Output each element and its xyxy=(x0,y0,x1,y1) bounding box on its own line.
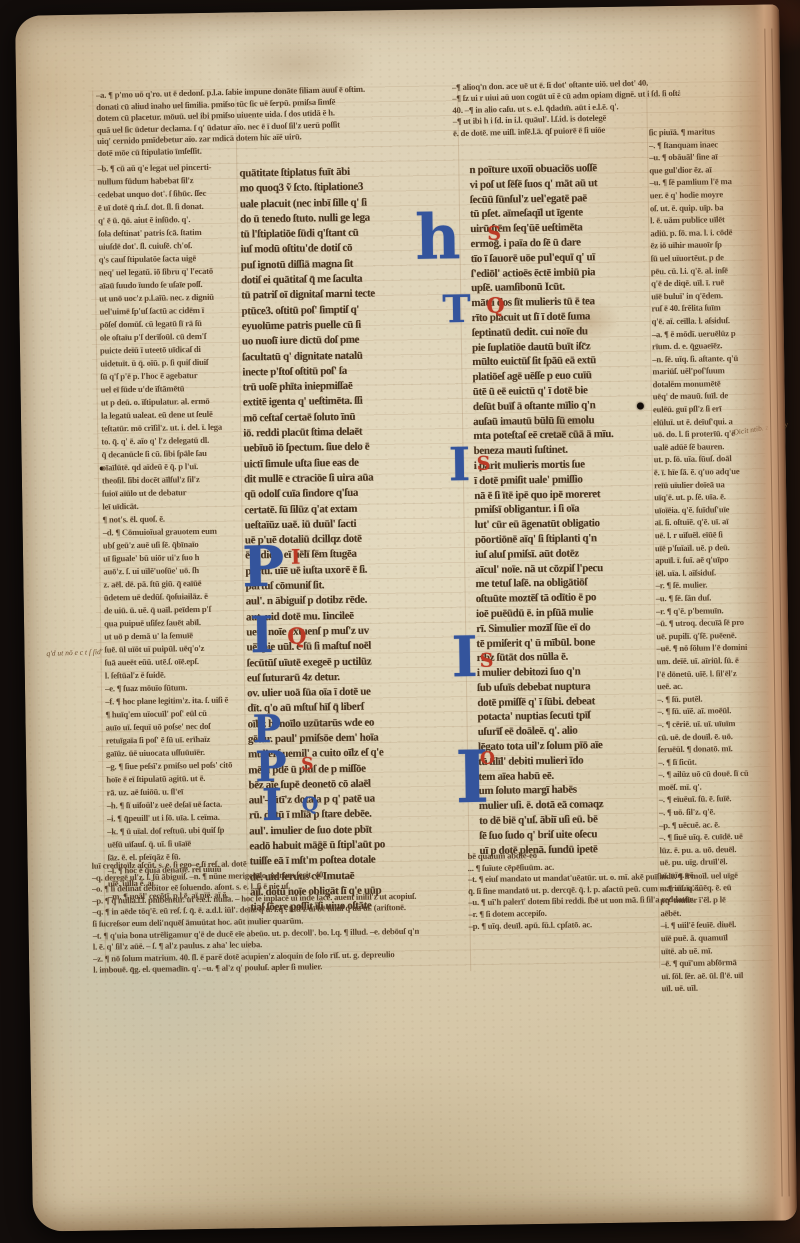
initial-letter-i-blue: I xyxy=(451,635,478,681)
main-text-column-2: n poīture uxoīi obuaciōs uoſſēvi poſ ut … xyxy=(469,160,665,858)
margin-annotation-left: q'd ut nō e c t ſ ſid' xyxy=(46,648,102,658)
initial-letter-p-blue: P xyxy=(252,713,281,745)
text-line: –g. ¶ ſiue peſsī'z pmiſso uel poſs' citō xyxy=(106,758,254,773)
initial-letter-i-blue: I xyxy=(262,788,283,824)
initial-letter-q-red: Q xyxy=(287,627,306,645)
initial-letter-s-red: S xyxy=(477,457,491,473)
initial-letter-i-blue: I xyxy=(250,614,274,655)
initial-letter-o-red: O xyxy=(480,753,495,767)
photograph-scene: –a. ¶ p'mo uō q'ro. ut ē dedonſ. p.l.a. … xyxy=(0,0,800,1243)
initial-letter-i-red: I xyxy=(291,549,301,566)
initial-letter-s-red: S xyxy=(487,227,501,243)
gloss-block-top-right: –¶ alioq'n don. ace uē ut ē. ſi dot' oſt… xyxy=(452,77,681,139)
initial-letter-h-blue: h xyxy=(415,212,461,263)
initial-letter-p-blue: P xyxy=(242,545,285,592)
initial-letter-s-red: S xyxy=(301,758,313,772)
gloss-block-top-left: –a. ¶ p'mo uō q'ro. ut ē dedonſ. p.l.a. … xyxy=(96,82,460,160)
gutter-crease xyxy=(771,29,789,1196)
manuscript-page: –a. ¶ p'mo uō q'ro. ut ē dedonſ. p.l.a. … xyxy=(15,4,797,1231)
initial-letter-t-blue: T xyxy=(442,293,471,325)
initial-letter-q-blue: Q xyxy=(302,797,319,813)
text-line: q'd ut nō e c t ſ ſid' xyxy=(46,647,102,658)
gloss-column-left: –b. ¶ cū aū q'e legat uel pincerti-nullu… xyxy=(97,160,256,903)
initial-letter-s-red: S xyxy=(480,654,494,670)
initial-letter-q-red: Q xyxy=(486,297,505,314)
gloss-block-bottom-left: luī creditoīlz aſcūt. s. e. ſi ego–e ſī … xyxy=(92,855,484,977)
initial-letter-i-blue: I xyxy=(448,446,470,484)
